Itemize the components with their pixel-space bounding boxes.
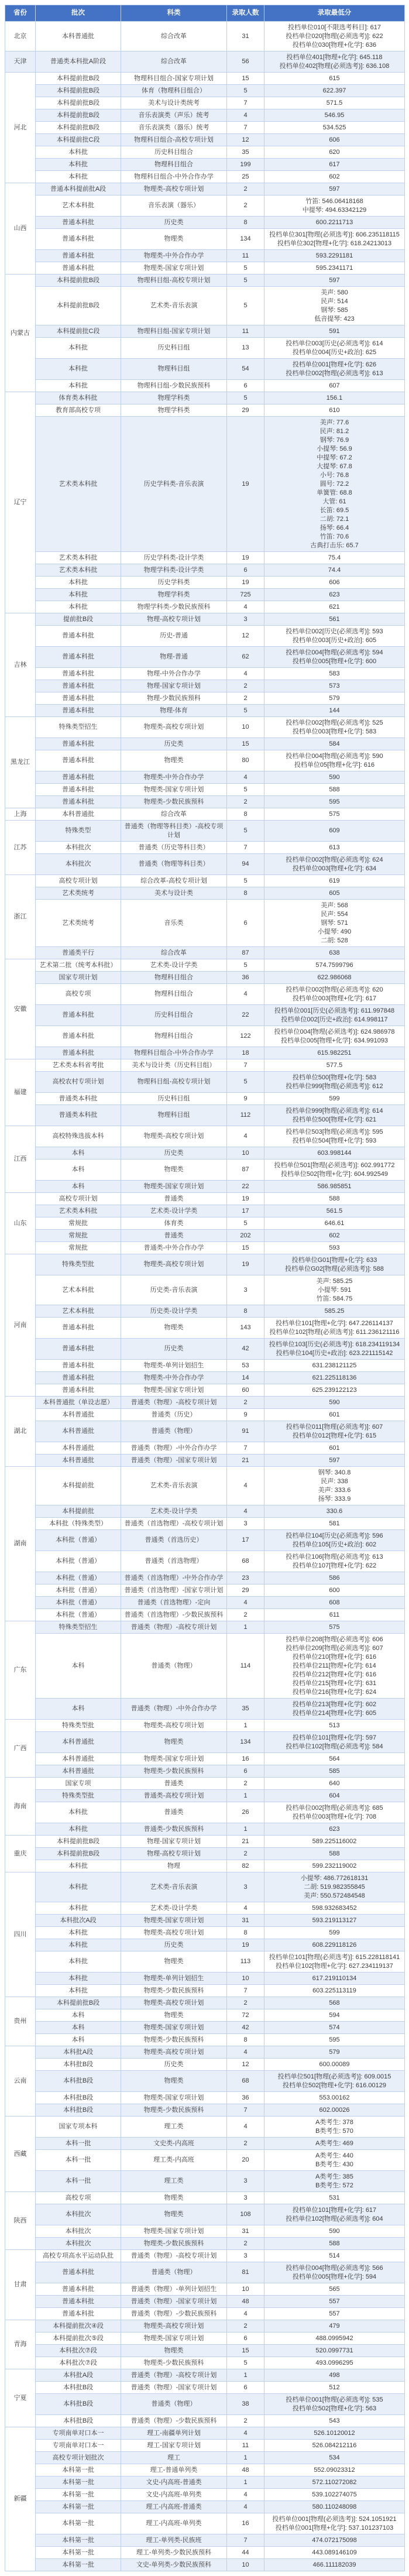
count-cell: 2 xyxy=(227,2138,264,2150)
count-cell: 6 xyxy=(227,2333,264,2345)
score-cell: 小提琴: 486.772618131二胡: 519.982355845美声: 5… xyxy=(264,1872,405,1902)
score-line: 投档单位002[物理(必须选考)]: 624 xyxy=(267,856,402,865)
table-row: 普通本科批物理类143投档单位101[物理+化学]: 647.226114137… xyxy=(5,1318,405,1339)
category-cell: 美术与设计类统考 xyxy=(121,97,227,109)
score-cell: 投档单位104[历史(必须选考)]: 596投档单位105[历史+政治]: 60… xyxy=(264,1530,405,1551)
score-line: 589.225116002 xyxy=(267,1837,402,1846)
score-cell: 571.5 xyxy=(264,97,405,109)
table-row: 本科批历史类19608.229118126 xyxy=(5,1939,405,1951)
batch-cell: 普通本科批 xyxy=(36,1026,121,1047)
score-cell: 625.239122123 xyxy=(264,1384,405,1397)
batch-cell: 常规批 xyxy=(36,1230,121,1242)
table-row: 常规批普通类202602 xyxy=(5,1230,405,1242)
count-cell: 5 xyxy=(227,821,264,842)
score-line: 美声: 77.6 xyxy=(267,419,402,427)
table-row: 本科批次⑦段物理类-少数民族预科5493.0996295 xyxy=(5,2357,405,2369)
count-cell: 15 xyxy=(227,2345,264,2357)
score-cell: 619 xyxy=(264,875,405,887)
table-row: 海南国家专项普通类2640 xyxy=(5,1778,405,1790)
score-line: 588 xyxy=(267,2239,402,2248)
table-row: 本科提前批B段音乐表演类（器乐）统考7534.525 xyxy=(5,122,405,134)
table-row: 广西特殊类型批物理类-高校专项计划1513 xyxy=(5,1720,405,1732)
table-row: 普通本科批历史类15584 xyxy=(5,738,405,750)
category-cell: 历史学科类-音乐表演 xyxy=(121,417,227,552)
category-cell: 物理类-少数民族预科 xyxy=(121,1765,227,1778)
batch-cell: 普通本科批 xyxy=(36,1384,121,1397)
score-line: 579 xyxy=(267,2048,402,2057)
table-row: 本科普通批普通类（物理）91投档单位011[物理(必须选考)]: 607投档单位… xyxy=(5,1421,405,1442)
score-line: 古典打击乐: 65.7 xyxy=(267,541,402,550)
score-cell: 投档单位501[物理(必须选考)]: 609.0015投档单位502[物理+化学… xyxy=(264,2071,405,2092)
score-line: 投档单位500[物理+化学]: 583 xyxy=(267,1073,402,1082)
score-line: 投档单位002[物理(必须选考)]: 620 xyxy=(267,986,402,994)
score-line: 601 xyxy=(267,1444,402,1453)
score-cell: 552.09023312 xyxy=(264,2464,405,2476)
score-cell: 603.225113119 xyxy=(264,1985,405,1997)
score-line: 572.110272082 xyxy=(267,2478,402,2487)
score-cell: 601 xyxy=(264,1409,405,1421)
table-row: 特殊类型批普通类-高校专项计划1604 xyxy=(5,1790,405,1802)
score-line: 590 xyxy=(267,2227,402,2236)
category-cell: 历史学科类 xyxy=(121,577,227,589)
score-line: 投档单位500[物理+化学]: 621 xyxy=(267,1116,402,1124)
count-cell: 3 xyxy=(227,2171,264,2192)
table-row: 山西普通本科提前批A段物理类-高校专项计划2597 xyxy=(5,183,405,195)
batch-cell: 普通本科批 xyxy=(36,626,121,647)
score-line: 投档单位003[物理+化学]: 583 xyxy=(267,728,402,736)
score-line: 投档单位012[物理+化学]: 615 xyxy=(267,1432,402,1440)
score-line: 投档单位401[物理+化学]: 645.118 xyxy=(267,53,402,62)
table-row: 本科批物理类-高校专项计划8599 xyxy=(5,1927,405,1939)
province-cell: 辽宁 xyxy=(5,392,36,613)
category-cell: 物理类-少数民族预科 xyxy=(121,2034,227,2046)
category-cell: 物理类-国家专项计划 xyxy=(121,1384,227,1397)
score-cell: 600 xyxy=(264,1584,405,1597)
batch-cell: 本科批次 xyxy=(36,854,121,875)
score-line: 投档单位G01[物理+化学]: 633 xyxy=(267,1256,402,1265)
count-cell: 17 xyxy=(227,1205,264,1217)
score-line: 597 xyxy=(267,185,402,194)
batch-cell: 本科批 xyxy=(36,601,121,613)
score-cell: 610 xyxy=(264,404,405,417)
count-cell: 12 xyxy=(227,626,264,647)
category-cell: 物理类-国家专项计划 xyxy=(121,1753,227,1765)
table-row: 本科第一批理工-内高班-单列类16投档单位001[物理(必须选考)]: 524.… xyxy=(5,2513,405,2534)
score-line: 投档单位999[物理(必须选考)]: 614 xyxy=(267,1107,402,1116)
batch-cell: 普通本科批 xyxy=(36,250,121,262)
batch-cell: 专项南单对口本一 xyxy=(36,2440,121,2452)
score-cell: 611 xyxy=(264,1609,405,1621)
batch-cell: 普通本科批 xyxy=(36,2308,121,2320)
score-line: 投档单位001[物理+化学]: 537.101237103 xyxy=(267,2524,402,2533)
score-line: 美声: 550.572484548 xyxy=(267,1892,402,1901)
score-line: 638 xyxy=(267,949,402,958)
score-line: 617.219110134 xyxy=(267,1974,402,1983)
score-cell: 572.110272082 xyxy=(264,2476,405,2489)
batch-cell: 体育类本科批 xyxy=(36,392,121,404)
category-cell: 物理类-国家专项计划 xyxy=(121,262,227,275)
category-cell: 普通类（物理） xyxy=(121,1421,227,1442)
score-line: 钢琴: 76.9 xyxy=(267,436,402,445)
table-row: 本科物理类-少数民族预科8595 xyxy=(5,2034,405,2046)
score-line: 投档单位102[物理(必须选考)]: 604 xyxy=(267,2215,402,2224)
score-line: 投档单位102[物理+化学]: 627.234119137 xyxy=(267,1962,402,1971)
category-cell: 普通类（物理） xyxy=(121,1634,227,1699)
category-cell: 音乐类 xyxy=(121,900,227,947)
score-line: 投档单位104[历史(必须选考)]: 596 xyxy=(267,1532,402,1541)
count-cell: 4 xyxy=(227,2489,264,2501)
score-line: 574 xyxy=(267,2023,402,2032)
batch-cell: 特殊类型 xyxy=(36,821,121,842)
batch-cell: 常规批 xyxy=(36,1242,121,1254)
count-cell: 19 xyxy=(227,1254,264,1275)
count-cell: 11 xyxy=(227,325,264,338)
category-cell: 物理科目组-高校专项计划 xyxy=(121,275,227,287)
count-cell: 8 xyxy=(227,1305,264,1318)
score-line: 投档单位502[物理+化学]: 563 xyxy=(267,2405,402,2413)
score-line: 投档单位502[物理+化学]: 604.992549 xyxy=(267,1170,402,1179)
score-line: 投档单位211[物理+化学]: 614 xyxy=(267,1662,402,1671)
count-cell: 16 xyxy=(227,1753,264,1765)
score-cell: 590 xyxy=(264,2225,405,2238)
score-cell: 投档单位004[物理(必须选考)]: 594投档单位005[物理+化学]: 60… xyxy=(264,647,405,668)
batch-cell: 本科 xyxy=(36,1160,121,1181)
category-cell: 物理-体育 xyxy=(121,705,227,717)
category-cell: 历史科目组合 xyxy=(121,1005,227,1026)
score-line: 443.089146109 xyxy=(267,2548,402,2557)
batch-cell: 本科提前批B段 xyxy=(36,109,121,122)
table-row: 本科普通批物理类-国家专项计划16564 xyxy=(5,1753,405,1765)
batch-cell: 本科提前批B段 xyxy=(36,85,121,97)
batch-cell: 本科批（普通） xyxy=(36,1584,121,1597)
table-row: 本科一批理工类-内高班20A类考生: 440B类考生: 430 xyxy=(5,2150,405,2171)
count-cell: 21 xyxy=(227,1455,264,1467)
score-line: 156.1 xyxy=(267,394,402,403)
count-cell: 14 xyxy=(227,1372,264,1384)
category-cell: 物理类-高校专项计划 xyxy=(121,1997,227,2009)
table-row: 本科批历史科目组13投档单位003[历史(必须选考)]: 614投档单位004[… xyxy=(5,338,405,359)
score-cell: 617.219110134 xyxy=(264,1973,405,1985)
count-cell: 2 xyxy=(227,796,264,808)
score-cell: 488.0995942 xyxy=(264,2333,405,2345)
category-cell: 物理-高校专项计划 xyxy=(121,613,227,626)
score-cell: 投档单位002[物理(必须选考)]: 620投档单位003[物理+化学]: 61… xyxy=(264,984,405,1005)
count-cell: 5 xyxy=(227,1072,264,1093)
score-line: 568 xyxy=(267,1999,402,2008)
score-line: 593.219113127 xyxy=(267,1916,402,1925)
score-cell: 526.10120012 xyxy=(264,2427,405,2440)
batch-cell: 本科提前批B段 xyxy=(36,1997,121,2009)
table-row: 普通本科批物理类134投档单位301[物理(必须选考)]: 606.235118… xyxy=(5,229,405,250)
score-line: 574.7599796 xyxy=(267,961,402,970)
score-cell: 588 xyxy=(264,1193,405,1205)
count-cell: 725 xyxy=(227,589,264,601)
score-cell: 621 xyxy=(264,601,405,613)
category-cell: 物理类-少数民族预科 xyxy=(121,2357,227,2369)
score-line: 投档单位402[物理(必须选考)]: 636.108 xyxy=(267,62,402,71)
score-line: 607 xyxy=(267,382,402,390)
batch-cell: 本科批 xyxy=(36,1973,121,1985)
category-cell: 物理学科类 xyxy=(121,392,227,404)
batch-cell: 高校专项 xyxy=(36,2192,121,2204)
batch-cell: 本科提前批B段 xyxy=(36,97,121,109)
table-row: 高校专项计划批次理工1534 xyxy=(5,2452,405,2464)
table-row: 青海本科提前批次④段物理类-高校专项计划2479 xyxy=(5,2320,405,2333)
batch-cell: 本科批B段 xyxy=(36,2092,121,2104)
count-cell: 48 xyxy=(227,2464,264,2476)
score-line: 543 xyxy=(267,2417,402,2426)
table-row: 本科第一批理工-普通单列类48552.09023312 xyxy=(5,2464,405,2476)
admissions-table: 省份 批次 科类 录取人数 录取最低分 北京本科普通批综合改革31投档单位010… xyxy=(5,5,405,2571)
table-row: 本科提前批次⑤段物理类-国家专项计划6488.0995942 xyxy=(5,2333,405,2345)
score-line: 526.084212116 xyxy=(267,2441,402,2450)
batch-cell: 普通本科批 xyxy=(36,1360,121,1372)
count-cell: 6 xyxy=(227,564,264,577)
count-cell: 2 xyxy=(227,1997,264,2009)
table-row: 普通本科批物理-中外合作办学4583 xyxy=(5,668,405,680)
score-cell: 623 xyxy=(264,1823,405,1836)
table-row: 本科批物理学科类725623 xyxy=(5,589,405,601)
batch-cell: 本科普通批 xyxy=(36,22,121,52)
count-cell: 2 xyxy=(227,692,264,705)
count-cell: 19 xyxy=(227,577,264,589)
batch-cell: 高校专项计划 xyxy=(36,1193,121,1205)
batch-cell: 普通本科批 xyxy=(36,1318,121,1339)
score-cell: 514 xyxy=(264,2250,405,2262)
category-cell: 物理类-少数民族预科 xyxy=(121,2104,227,2117)
category-cell: 物理类-中外合作办学 xyxy=(121,250,227,262)
category-cell: 艺术类-设计学类 xyxy=(121,959,227,972)
batch-cell: 普通本科批 xyxy=(36,262,121,275)
category-cell: 历史类-音乐表演 xyxy=(121,1275,227,1305)
score-cell: 583 xyxy=(264,668,405,680)
category-cell: 物理科目组-国家专项计划 xyxy=(121,325,227,338)
score-line: 投档单位003[物理+化学]: 634 xyxy=(267,865,402,873)
score-line: 投档单位101[物理+化学]: 597 xyxy=(267,1734,402,1743)
count-cell: 3 xyxy=(227,2192,264,2204)
count-cell: 7 xyxy=(227,2534,264,2547)
category-cell: 物理科目组合-中外合作办学 xyxy=(121,171,227,183)
category-cell: 物理类-国家专项计划 xyxy=(121,1915,227,1927)
batch-cell: 普通本科批 xyxy=(36,2262,121,2283)
category-cell: 普通类（首选历史） xyxy=(121,1530,227,1551)
count-cell: 80 xyxy=(227,750,264,771)
count-cell: 4 xyxy=(227,2501,264,2513)
count-cell: 8 xyxy=(227,887,264,900)
score-line: 585 xyxy=(267,1767,402,1776)
batch-cell: 高校农村专项计划 xyxy=(36,1072,121,1093)
score-line: 投档单位216[物理+化学]: 624 xyxy=(267,1688,402,1697)
count-cell: 10 xyxy=(227,1973,264,1985)
category-cell: 普通类（物理）-少数民族预科 xyxy=(121,2308,227,2320)
province-cell: 宁夏 xyxy=(5,2369,36,2427)
category-cell: 体育（物理科目组合） xyxy=(121,85,227,97)
batch-cell: 本科提前批B段 xyxy=(36,275,121,287)
score-line: 二胡: 519.982355845 xyxy=(267,1883,402,1892)
count-cell: 112 xyxy=(227,1105,264,1126)
count-cell: 31 xyxy=(227,1915,264,1927)
score-cell: 投档单位011[物理(必须选考)]: 607投档单位012[物理+化学]: 61… xyxy=(264,1421,405,1442)
score-cell: 443.089146109 xyxy=(264,2547,405,2559)
category-cell: 普通类 xyxy=(121,1230,227,1242)
category-cell: 普通类（物理）-高校专项计划 xyxy=(121,1621,227,1634)
table-row: 常规批体育类5646.61 xyxy=(5,1217,405,1230)
score-cell: A类考生: 385B类考生: 572 xyxy=(264,2171,405,2192)
score-cell: 投档单位003[历史(必须选考)]: 614投档单位004[历史+政治]: 62… xyxy=(264,338,405,359)
category-cell: 物理类-中外合作办学 xyxy=(121,771,227,784)
score-line: 投档单位107[物理+化学]: 622 xyxy=(267,1562,402,1570)
score-cell: 584 xyxy=(264,738,405,750)
score-cell: 投档单位106[物理(必须选考)]: 613投档单位107[物理+化学]: 62… xyxy=(264,1551,405,1572)
category-cell: 物理学科类-设计学类 xyxy=(121,564,227,577)
batch-cell: 普通本科批 xyxy=(36,771,121,784)
batch-cell: 艺术类本科批 xyxy=(36,1205,121,1217)
score-line: 投档单位004[历史+政治]: 625 xyxy=(267,348,402,357)
count-cell: 5 xyxy=(227,2357,264,2369)
batch-cell: 本科第一批 xyxy=(36,2534,121,2547)
score-line: 投档单位214[物理+化学]: 605 xyxy=(267,1709,402,1718)
score-line: 投档单位102[物理(必须选考)]: 611.236121116 xyxy=(267,1328,402,1337)
score-cell: 593.2291181 xyxy=(264,250,405,262)
score-cell: 609 xyxy=(264,821,405,842)
batch-cell: 本科普通批 xyxy=(36,1409,121,1421)
count-cell: 7 xyxy=(227,2104,264,2117)
category-cell: 普通类-高校专项计划 xyxy=(121,1790,227,1802)
score-line: 606 xyxy=(267,136,402,145)
score-line: 479 xyxy=(267,2322,402,2331)
score-cell: 投档单位001[历史(必须选考)]: 611.997848投档单位002[历史+… xyxy=(264,1005,405,1026)
province-cell: 陕西 xyxy=(5,2192,36,2250)
batch-cell: 本科一批 xyxy=(36,2171,121,2192)
batch-cell: 普通类本科批A阶段 xyxy=(36,52,121,73)
score-cell: 594 xyxy=(264,2009,405,2022)
table-row: 贵州本科提前批B段物理类-高校专项计划2568 xyxy=(5,1997,405,2009)
score-line: 投档单位005[物理+化学]: 634.991093 xyxy=(267,1037,402,1045)
category-cell: 普通类-中外合作办学 xyxy=(121,1242,227,1254)
table-row: 普通本科批物理类-单列计划招生53631.238121125 xyxy=(5,1360,405,1372)
category-cell: 物理类-单列计划招生 xyxy=(121,1973,227,1985)
count-cell: 31 xyxy=(227,2225,264,2238)
score-line: 低音提琴: 423 xyxy=(267,315,402,324)
batch-cell: 本科提前批 xyxy=(36,1467,121,1505)
category-cell: 物理类-国家专项计划 xyxy=(121,2225,227,2238)
count-cell: 94 xyxy=(227,854,264,875)
table-row: 本科普通批普通类（物理）-中外合作办学7601 xyxy=(5,1442,405,1455)
score-cell: 投档单位999[物理(必须选考)]: 614投档单位500[物理+化学]: 62… xyxy=(264,1105,405,1126)
count-cell: 82 xyxy=(227,1860,264,1872)
score-cell: 534 xyxy=(264,2452,405,2464)
score-line: 投档单位030[物理+化学]: 636 xyxy=(267,41,402,50)
category-cell: 艺术类-音乐表演 xyxy=(121,1872,227,1902)
score-line: 投档单位004[物理(必须选考)]: 566 xyxy=(267,2264,402,2273)
batch-cell: 本科普通批 xyxy=(36,1732,121,1753)
category-cell: 物理科目组 xyxy=(121,359,227,380)
score-line: 580.110248098 xyxy=(267,2503,402,2512)
count-cell: 29 xyxy=(227,404,264,417)
score-line: 144 xyxy=(267,706,402,715)
count-cell: 35 xyxy=(227,1699,264,1720)
count-cell: 3 xyxy=(227,1275,264,1305)
category-cell: 普通类（物理）-高校专项计划 xyxy=(121,2250,227,2262)
count-cell: 4 xyxy=(227,1126,264,1147)
score-line: 民声: 514 xyxy=(267,297,402,306)
score-cell: 575 xyxy=(264,808,405,821)
batch-cell: 特殊类型批 xyxy=(36,1254,121,1275)
score-line: 609 xyxy=(267,826,402,835)
count-cell: 54 xyxy=(227,359,264,380)
score-line: 大提琴: 67.8 xyxy=(267,462,402,471)
batch-cell: 本科批 xyxy=(36,159,121,171)
score-line: 600.00089 xyxy=(267,2060,402,2069)
score-line: 571.5 xyxy=(267,99,402,108)
count-cell: 9 xyxy=(227,1093,264,1105)
score-cell: 投档单位301[物理(必须选考)]: 606.235118115投档单位302[… xyxy=(264,229,405,250)
score-line: 512 xyxy=(267,2383,402,2392)
score-line: 竹笛: 546.06418168 xyxy=(267,197,402,206)
score-line: 投档单位301[物理(必须选考)]: 606.235118115 xyxy=(267,231,402,239)
table-row: 艺术本科批历史类-设计学类8585.25 xyxy=(5,1305,405,1318)
score-cell: 617 xyxy=(264,159,405,171)
table-row: 本科提前批B段美术与设计类统考7571.5 xyxy=(5,97,405,109)
batch-cell: 艺术类本科批 xyxy=(36,417,121,552)
table-row: 本科普通批物理类134投档单位101[物理+化学]: 597投档单位102[物理… xyxy=(5,1732,405,1753)
score-line: 605 xyxy=(267,889,402,898)
score-cell: 600.00089 xyxy=(264,2059,405,2071)
score-cell: 144 xyxy=(264,705,405,717)
count-cell: 134 xyxy=(227,1732,264,1753)
batch-cell: 本科批次 xyxy=(36,2225,121,2238)
category-cell: 物理学科类 xyxy=(121,589,227,601)
score-line: 扬琴: 333.9 xyxy=(267,1495,402,1504)
score-line: 617 xyxy=(267,160,402,169)
count-cell: 26 xyxy=(227,1802,264,1823)
count-cell: 42 xyxy=(227,1339,264,1360)
table-row: 本科提前批B段艺术类-音乐表演5美声: 580民声: 514钢琴: 585低音提… xyxy=(5,287,405,325)
batch-cell: 教育部高校专项 xyxy=(36,404,121,417)
category-cell: 物理类 xyxy=(121,229,227,250)
table-row: 西藏国家专项本科理工类4A类考生: 378B类考生: 570 xyxy=(5,2117,405,2138)
table-row: 本科提前批艺术类-设计学类4330.6 xyxy=(5,1505,405,1518)
batch-cell: 本科提前批C段 xyxy=(36,325,121,338)
batch-cell: 本科提前批B段 xyxy=(36,122,121,134)
score-cell: 574 xyxy=(264,2022,405,2034)
batch-cell: 普通本科批 xyxy=(36,668,121,680)
count-cell: 7 xyxy=(227,842,264,854)
category-cell: 历史科目组合 xyxy=(121,146,227,159)
batch-cell: 本科批 xyxy=(36,359,121,380)
table-row: 内蒙古本科提前批B段物理科目组-高校专项计划5597 xyxy=(5,275,405,287)
table-row: 本科批B段普通类（物理）38投档单位001[物理(必须选考)]: 535投档单位… xyxy=(5,2394,405,2415)
category-cell: 综合改革 xyxy=(121,52,227,73)
table-row: 本科批物理科目组54投档单位001[物理+化学]: 626投档单位002[物理(… xyxy=(5,359,405,380)
score-line: 603.998144 xyxy=(267,1149,402,1158)
score-line: 投档单位05[物理+化学]: 616 xyxy=(267,761,402,770)
count-cell: 1 xyxy=(227,1621,264,1634)
score-line: 466.111182039 xyxy=(267,2561,402,2570)
category-cell: 物理类-高校专项计划 xyxy=(121,717,227,738)
batch-cell: 普通本科批 xyxy=(36,2296,121,2308)
score-cell: 479 xyxy=(264,2320,405,2333)
category-cell: 历史类 xyxy=(121,1339,227,1360)
category-cell: 普通类（物理）-单列计划招生 xyxy=(121,2283,227,2296)
batch-cell: 普通本科批 xyxy=(36,796,121,808)
score-cell: 597 xyxy=(264,183,405,195)
table-row: 本科批物理科目组-少数民族预科6607 xyxy=(5,380,405,392)
count-cell: 122 xyxy=(227,1026,264,1047)
category-cell: 物理类-国家专项计划 xyxy=(121,2022,227,2034)
batch-cell: 本科批A段 xyxy=(36,2369,121,2382)
score-cell: 623 xyxy=(264,589,405,601)
